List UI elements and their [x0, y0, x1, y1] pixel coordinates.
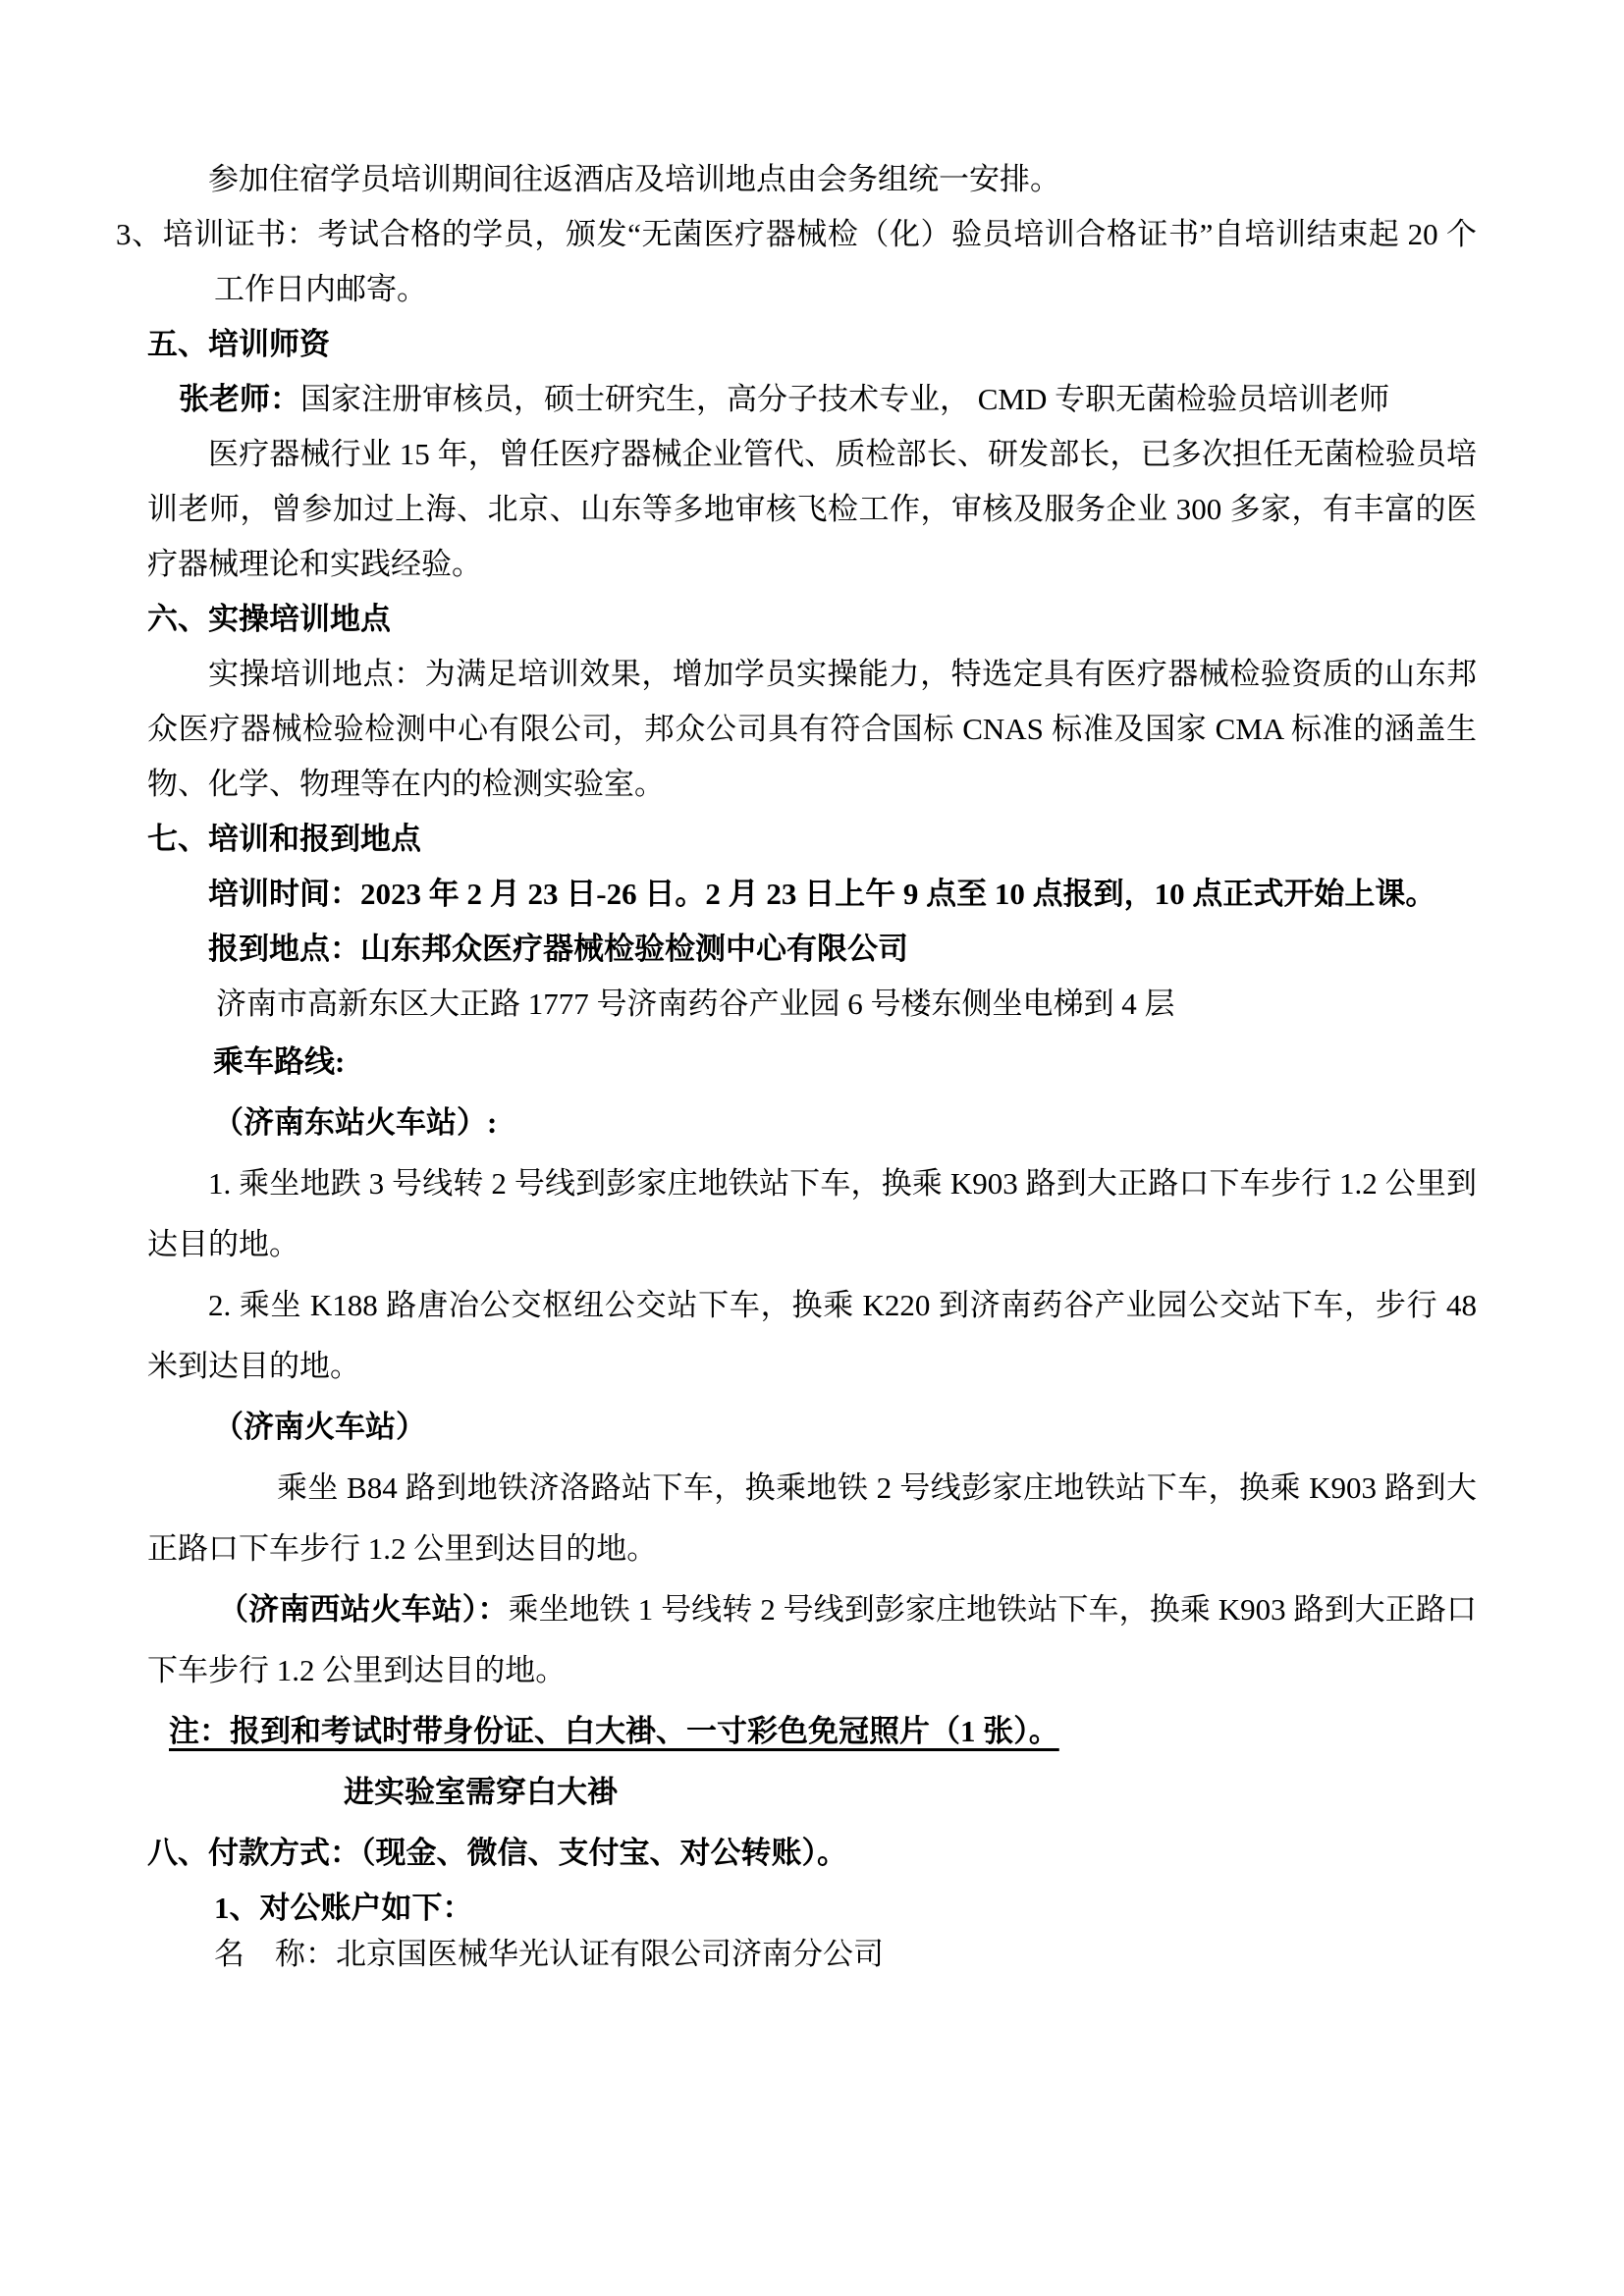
- paragraph: 培训时间：2023 年 2 月 23 日-26 日。2 月 23 日上午 9 点…: [147, 867, 1477, 922]
- paragraph: 乘车路线:: [147, 1032, 1477, 1093]
- text-run: 济南市高新东区大正路 1777 号济南药谷产业园 6 号楼东侧坐电梯到 4 层: [216, 987, 1175, 1021]
- paragraph: 张老师：国家注册审核员，硕士研究生，高分子技术专业， CMD 专职无菌检验员培训…: [147, 372, 1477, 427]
- paragraph: 实操培训地点：为满足培训效果，增加学员实操能力，特选定具有医疗器械检验资质的山东…: [147, 647, 1477, 812]
- text-run: 1. 乘坐地跌 3 号线转 2 号线到彭家庄地铁站下车，换乘 K903 路到大正…: [147, 1166, 1477, 1261]
- paragraph: （济南西站火车站）：乘坐地铁 1 号线转 2 号线到彭家庄地铁站下车，换乘 K9…: [147, 1579, 1477, 1701]
- paragraph: 1. 乘坐地跌 3 号线转 2 号线到彭家庄地铁站下车，换乘 K903 路到大正…: [147, 1153, 1477, 1275]
- paragraph: 乘坐 B84 路到地铁济洛路站下车，换乘地铁 2 号线彭家庄地铁站下车，换乘 K…: [147, 1458, 1477, 1579]
- paragraph: （济南东站火车站）:: [147, 1093, 1477, 1153]
- text-run: 八、付款方式：（现金、微信、支付宝、对公转账）。: [147, 1836, 847, 1870]
- document-body: 参加住宿学员培训期间往返酒店及培训地点由会务组统一安排。3、培训证书：考试合格的…: [0, 0, 1624, 1976]
- text-run: （济南火车站）: [213, 1410, 426, 1444]
- paragraph: 济南市高新东区大正路 1777 号济南药谷产业园 6 号楼东侧坐电梯到 4 层: [147, 977, 1477, 1032]
- paragraph: 名 称：北京国医械华光认证有限公司济南分公司: [147, 1933, 1477, 1976]
- document-page: 参加住宿学员培训期间往返酒店及培训地点由会务组统一安排。3、培训证书：考试合格的…: [0, 0, 1624, 2296]
- text-run: 3、培训证书：考试合格的学员，颁发“无菌医疗器械检（化）验员培训合格证书”自培训…: [116, 217, 1477, 306]
- paragraph: 1、对公账户如下：: [147, 1884, 1477, 1933]
- text-run: 进实验室需穿白大褂: [344, 1775, 618, 1809]
- text-run: 张老师：: [179, 382, 300, 416]
- paragraph: 2. 乘坐 K188 路唐冶公交枢纽公交站下车，换乘 K220 到济南药谷产业园…: [147, 1275, 1477, 1397]
- section-heading: 八、付款方式：（现金、微信、支付宝、对公转账）。: [147, 1823, 1477, 1884]
- paragraph: 报到地点：山东邦众医疗器械检验检测中心有限公司: [147, 922, 1477, 977]
- paragraph: 医疗器械行业 15 年，曾任医疗器械企业管代、质检部长、研发部长，已多次担任无菌…: [147, 427, 1477, 592]
- text-run: 2. 乘坐 K188 路唐冶公交枢纽公交站下车，换乘 K220 到济南药谷产业园…: [147, 1288, 1477, 1383]
- text-run: 乘坐 B84 路到地铁济洛路站下车，换乘地铁 2 号线彭家庄地铁站下车，换乘 K…: [147, 1470, 1477, 1566]
- text-run: 五、培训师资: [147, 327, 330, 361]
- text-run: 六、实操培训地点: [147, 602, 391, 636]
- section-heading: 七、培训和报到地点: [147, 812, 1477, 867]
- text-run: 医疗器械行业 15 年，曾任医疗器械企业管代、质检部长、研发部长，已多次担任无菌…: [147, 437, 1477, 581]
- text-run: 名 称：北京国医械华光认证有限公司济南分公司: [214, 1937, 884, 1971]
- text-run: 国家注册审核员，硕士研究生，高分子技术专业， CMD 专职无菌检验员培训老师: [300, 382, 1389, 416]
- paragraph: （济南火车站）: [147, 1397, 1477, 1458]
- text-run: 报到地点：山东邦众医疗器械检验检测中心有限公司: [208, 932, 908, 966]
- text-run: 参加住宿学员培训期间往返酒店及培训地点由会务组统一安排。: [208, 162, 1060, 196]
- text-run: （济南东站火车站）:: [213, 1105, 497, 1140]
- section-heading: 六、实操培训地点: [147, 592, 1477, 647]
- text-run: （济南西站火车站）：: [218, 1592, 508, 1627]
- paragraph: 进实验室需穿白大褂: [147, 1762, 1477, 1823]
- paragraph: 参加住宿学员培训期间往返酒店及培训地点由会务组统一安排。: [147, 152, 1477, 207]
- paragraph: 3、培训证书：考试合格的学员，颁发“无菌医疗器械检（化）验员培训合格证书”自培训…: [147, 207, 1477, 317]
- text-run: 培训时间：2023 年 2 月 23 日-26 日。2 月 23 日上午 9 点…: [208, 877, 1435, 911]
- text-run: 乘车路线:: [213, 1044, 345, 1079]
- text-run: 注：报到和考试时带身份证、白大褂、一寸彩色免冠照片（1 张）。: [169, 1714, 1059, 1748]
- text-run: 实操培训地点：为满足培训效果，增加学员实操能力，特选定具有医疗器械检验资质的山东…: [147, 657, 1477, 801]
- paragraph: 注：报到和考试时带身份证、白大褂、一寸彩色免冠照片（1 张）。: [147, 1701, 1477, 1762]
- text-run: 七、培训和报到地点: [147, 822, 421, 856]
- text-run: 1、对公账户如下：: [214, 1891, 473, 1925]
- section-heading: 五、培训师资: [147, 317, 1477, 372]
